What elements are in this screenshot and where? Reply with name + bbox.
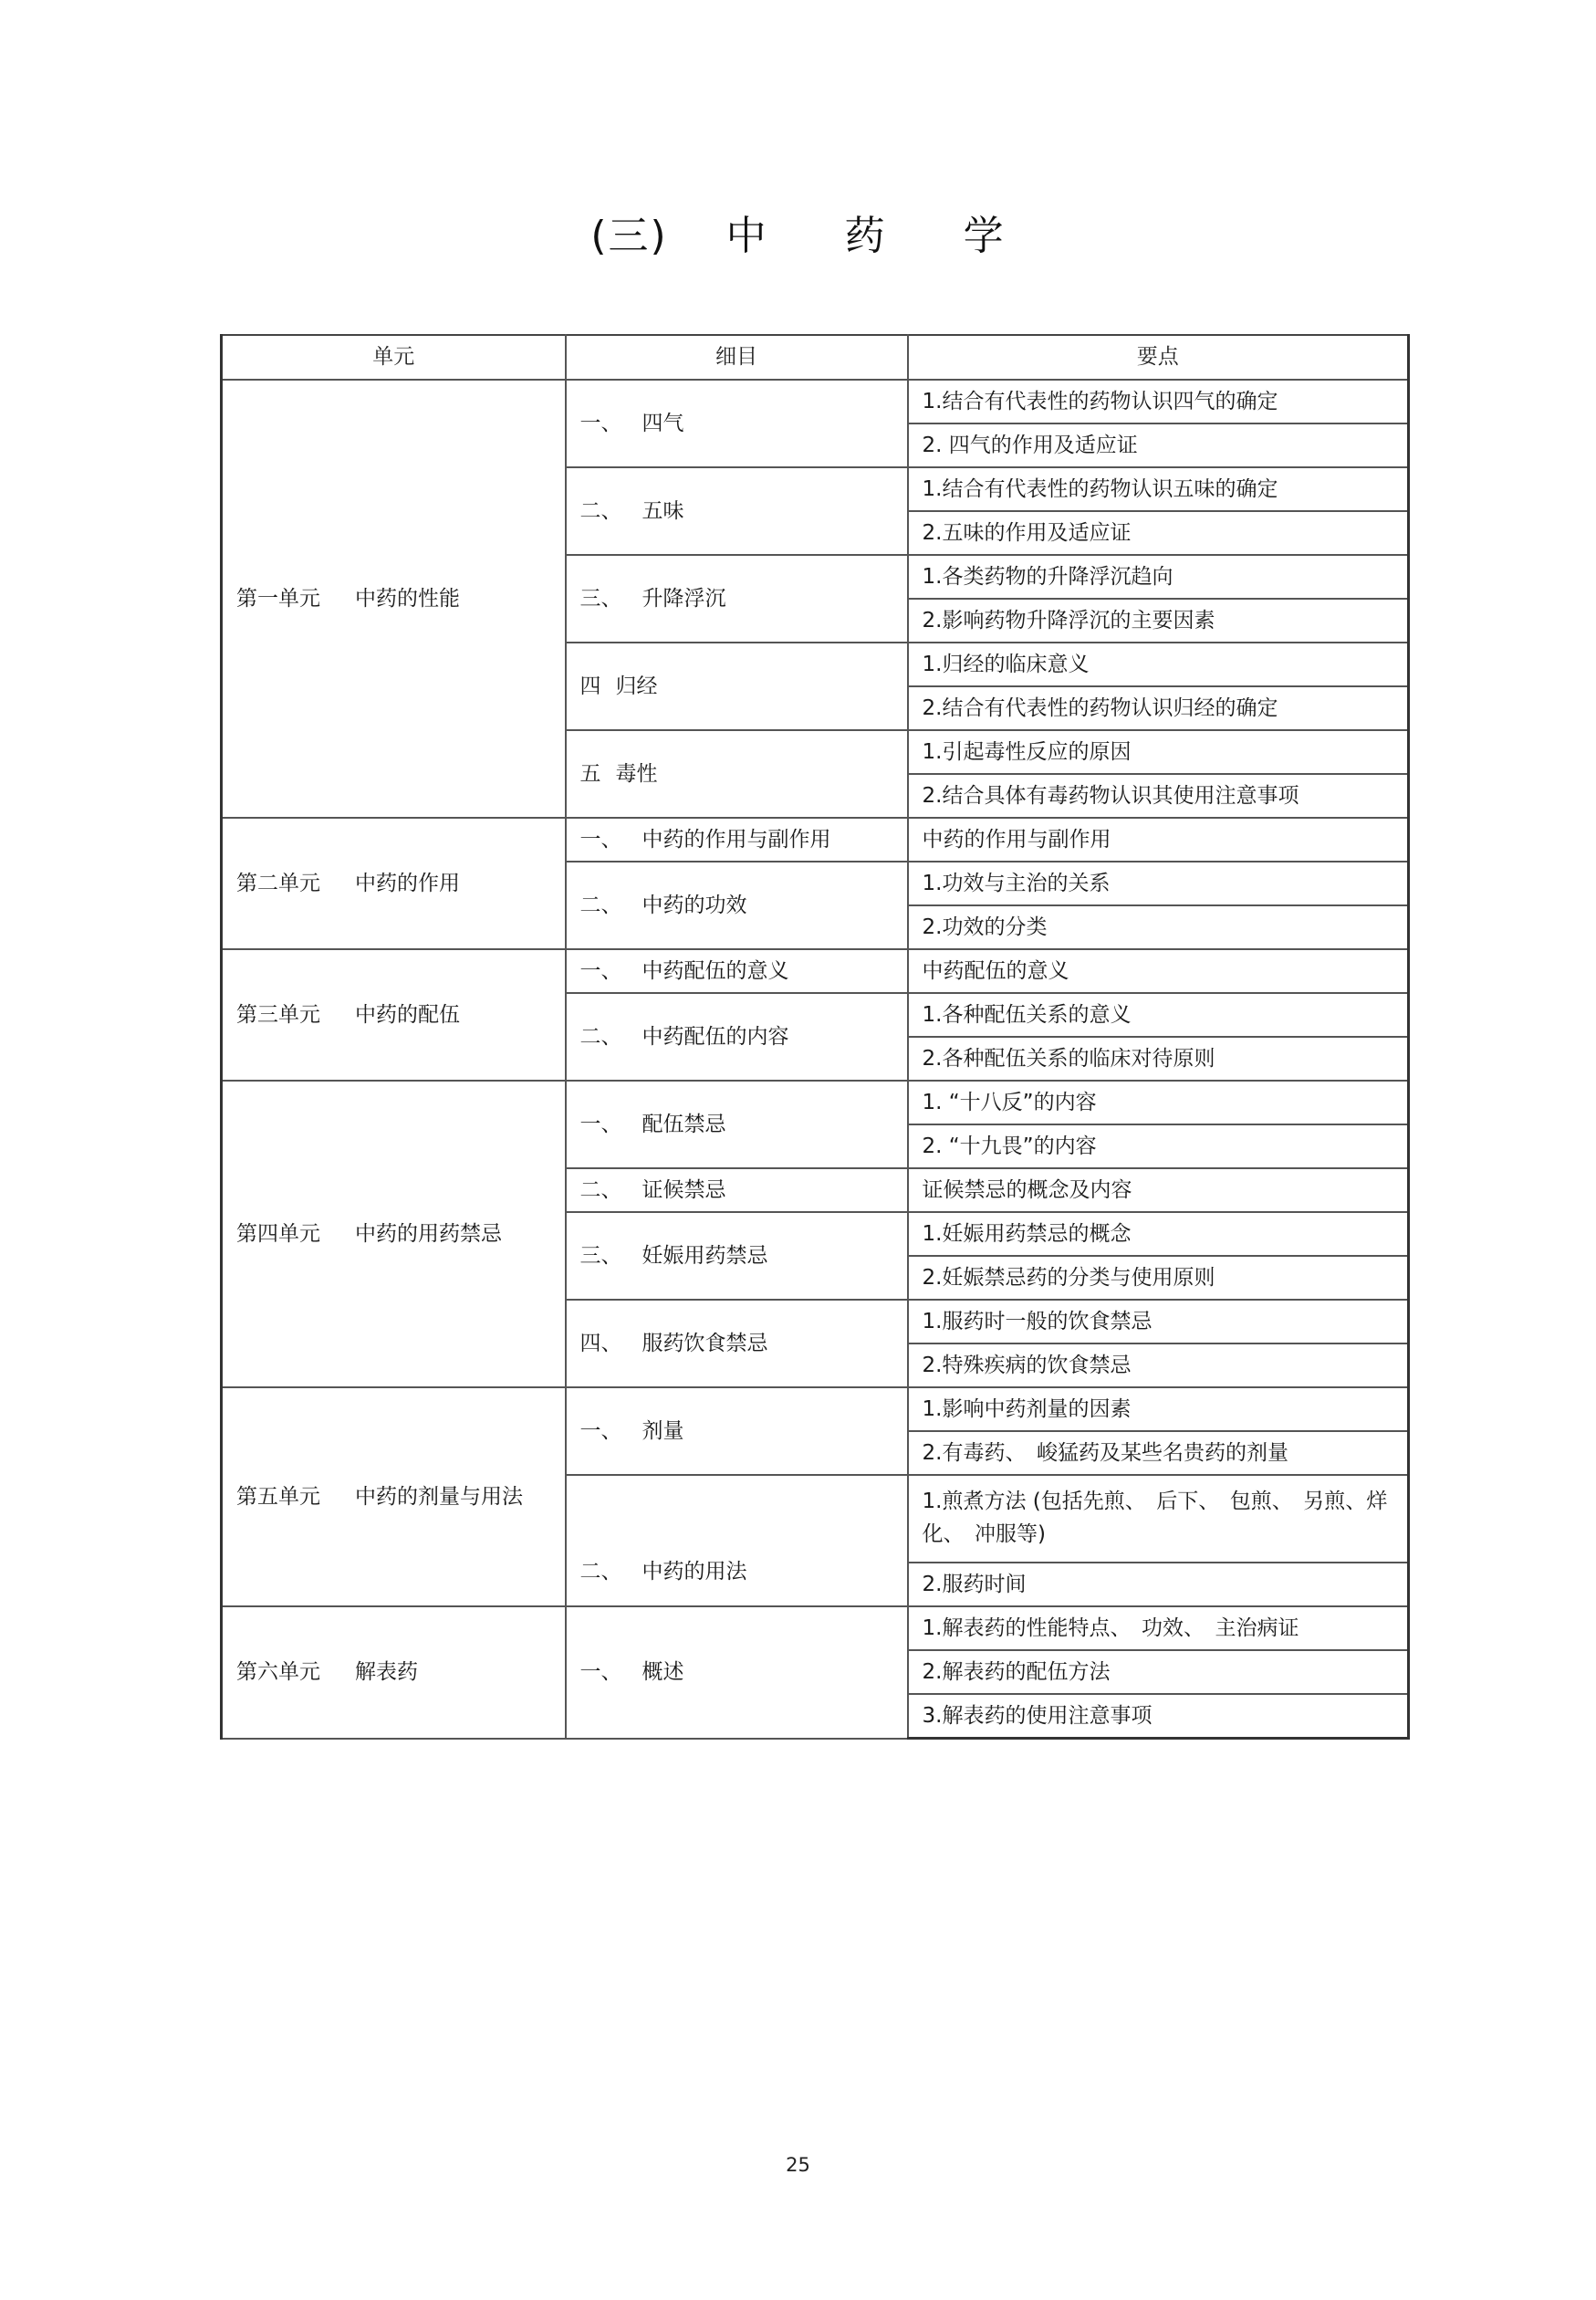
item-number: 一、 (580, 1418, 622, 1445)
item-cell: 四、服药饮食禁忌 (566, 1300, 908, 1387)
item-number: 三、 (580, 1243, 622, 1270)
item-number: 一、 (580, 1112, 622, 1138)
unit-number: 第四单元 (236, 1221, 320, 1248)
unit-cell: 第五单元中药的剂量与用法 (222, 1387, 566, 1606)
unit-name: 中药的用药禁忌 (355, 1222, 502, 1246)
item-cell: 一、四气 (566, 380, 908, 467)
item-number: 二、 (580, 1559, 622, 1585)
point-cell: 1.各类药物的升降浮沉趋向 (908, 555, 1409, 599)
item-name: 中药配伍的意义 (642, 959, 789, 983)
point-cell: 1.功效与主治的关系 (908, 862, 1409, 905)
syllabus-table: 单元 细目 要点 第一单元中药的性能 一、四气 1.结合有代表性的药物认识四气的… (220, 334, 1410, 1740)
unit-name: 中药的性能 (355, 587, 460, 611)
point-cell: 2.各种配伍关系的临床对待原则 (908, 1037, 1409, 1081)
item-name: 四气 (642, 412, 684, 435)
item-cell: 二、中药的功效 (566, 862, 908, 949)
point-cell: 1.引起毒性反应的原因 (908, 730, 1409, 774)
point-cell: 2.妊娠禁忌药的分类与使用原则 (908, 1256, 1409, 1300)
item-number: 二、 (580, 893, 622, 919)
item-cell: 二、证候禁忌 (566, 1168, 908, 1212)
column-header-item: 细目 (566, 335, 908, 380)
point-cell: 1.结合有代表性的药物认识四气的确定 (908, 380, 1409, 423)
unit-number: 第六单元 (236, 1659, 320, 1686)
unit-number: 第二单元 (236, 871, 320, 897)
point-cell: 中药配伍的意义 (908, 949, 1409, 993)
unit-cell: 第三单元中药的配伍 (222, 949, 566, 1081)
item-number: 四 (580, 674, 601, 700)
item-cell: 四归经 (566, 643, 908, 730)
table-row: 第五单元中药的剂量与用法 一、剂量 1.影响中药剂量的因素 (222, 1387, 1409, 1431)
item-number: 二、 (580, 498, 622, 525)
point-cell: 1.影响中药剂量的因素 (908, 1387, 1409, 1431)
item-cell: 一、剂量 (566, 1387, 908, 1475)
column-header-point: 要点 (908, 335, 1409, 380)
title-char: 中 (726, 203, 768, 261)
unit-cell: 第二单元中药的作用 (222, 818, 566, 949)
unit-cell: 第四单元中药的用药禁忌 (222, 1081, 566, 1387)
table-row: 第四单元中药的用药禁忌 一、配伍禁忌 1. “十八反”的内容 (222, 1081, 1409, 1124)
point-cell: 1.煎煮方法 (包括先煎、 后下、 包煎、 另煎、烊 化、 冲服等) (908, 1475, 1409, 1563)
item-cell: 二、五味 (566, 467, 908, 555)
point-cell: 1.结合有代表性的药物认识五味的确定 (908, 467, 1409, 511)
point-cell: 1.各种配伍关系的意义 (908, 993, 1409, 1037)
title-char: 学 (964, 203, 1006, 261)
unit-number: 第一单元 (236, 586, 320, 612)
title-prefix: (三) (590, 203, 667, 261)
item-name: 升降浮沉 (642, 587, 726, 611)
table-row: 第一单元中药的性能 一、四气 1.结合有代表性的药物认识四气的确定 (222, 380, 1409, 423)
page-title: (三)中药学 (0, 203, 1596, 261)
point-cell: 证候禁忌的概念及内容 (908, 1168, 1409, 1212)
item-name: 剂量 (642, 1419, 684, 1443)
item-cell: 一、中药的作用与副作用 (566, 818, 908, 862)
item-name: 五味 (642, 499, 684, 523)
point-cell: 1.服药时一般的饮食禁忌 (908, 1300, 1409, 1343)
item-name: 中药的功效 (642, 894, 747, 917)
item-cell: 一、中药配伍的意义 (566, 949, 908, 993)
point-cell: 2.有毒药、 峻猛药及某些名贵药的剂量 (908, 1431, 1409, 1475)
point-cell: 中药的作用与副作用 (908, 818, 1409, 862)
point-cell: 2.功效的分类 (908, 905, 1409, 949)
table-row: 第三单元中药的配伍 一、中药配伍的意义 中药配伍的意义 (222, 949, 1409, 993)
item-cell: 一、配伍禁忌 (566, 1081, 908, 1168)
unit-name: 中药的作用 (355, 872, 460, 895)
item-cell: 二、中药配伍的内容 (566, 993, 908, 1081)
unit-number: 第五单元 (236, 1484, 320, 1511)
item-number: 三、 (580, 586, 622, 612)
item-name: 服药饮食禁忌 (642, 1332, 768, 1355)
item-number: 一、 (580, 958, 622, 985)
item-number: 二、 (580, 1177, 622, 1204)
point-cell: 2.结合具体有毒药物认识其使用注意事项 (908, 774, 1409, 818)
item-number: 一、 (580, 411, 622, 437)
unit-name: 中药的剂量与用法 (355, 1485, 523, 1509)
item-name: 中药配伍的内容 (642, 1025, 789, 1049)
unit-cell: 第一单元中药的性能 (222, 380, 566, 818)
point-cell: 2.服药时间 (908, 1563, 1409, 1606)
point-cell: 2.结合有代表性的药物认识归经的确定 (908, 686, 1409, 730)
item-cell: 一、概述 (566, 1606, 908, 1739)
unit-name: 解表药 (355, 1660, 418, 1684)
unit-name: 中药的配伍 (355, 1003, 460, 1027)
item-name: 毒性 (616, 762, 658, 786)
page-number: 25 (0, 2154, 1596, 2176)
column-header-unit: 单元 (222, 335, 566, 380)
unit-number: 第三单元 (236, 1002, 320, 1029)
point-cell: 2. 四气的作用及适应证 (908, 423, 1409, 467)
item-name: 配伍禁忌 (642, 1113, 726, 1136)
item-cell: 二、中药的用法 (566, 1475, 908, 1606)
item-name: 中药的作用与副作用 (642, 828, 831, 852)
title-char: 药 (845, 203, 887, 261)
item-cell: 三、升降浮沉 (566, 555, 908, 643)
point-cell: 2.五味的作用及适应证 (908, 511, 1409, 555)
item-number: 二、 (580, 1024, 622, 1051)
table-row: 第二单元中药的作用 一、中药的作用与副作用 中药的作用与副作用 (222, 818, 1409, 862)
item-number: 一、 (580, 827, 622, 853)
item-number: 五 (580, 761, 601, 788)
point-cell: 3.解表药的使用注意事项 (908, 1694, 1409, 1739)
item-name: 归经 (616, 674, 658, 698)
item-name: 概述 (642, 1660, 684, 1684)
unit-cell: 第六单元解表药 (222, 1606, 566, 1739)
item-name: 中药的用法 (642, 1560, 747, 1584)
point-cell: 2. “十九畏”的内容 (908, 1124, 1409, 1168)
item-cell: 五毒性 (566, 730, 908, 818)
item-name: 妊娠用药禁忌 (642, 1244, 768, 1268)
point-cell: 2.特殊疾病的饮食禁忌 (908, 1343, 1409, 1387)
point-cell: 2.解表药的配伍方法 (908, 1650, 1409, 1694)
table-row: 第六单元解表药 一、概述 1.解表药的性能特点、 功效、 主治病证 (222, 1606, 1409, 1650)
item-name: 证候禁忌 (642, 1178, 726, 1202)
point-cell: 2.影响药物升降浮沉的主要因素 (908, 599, 1409, 643)
point-cell: 1.归经的临床意义 (908, 643, 1409, 686)
point-cell: 1.妊娠用药禁忌的概念 (908, 1212, 1409, 1256)
item-number: 一、 (580, 1659, 622, 1686)
item-cell: 三、妊娠用药禁忌 (566, 1212, 908, 1300)
table-header-row: 单元 细目 要点 (222, 335, 1409, 380)
point-cell: 1. “十八反”的内容 (908, 1081, 1409, 1124)
item-number: 四、 (580, 1331, 622, 1357)
point-cell: 1.解表药的性能特点、 功效、 主治病证 (908, 1606, 1409, 1650)
